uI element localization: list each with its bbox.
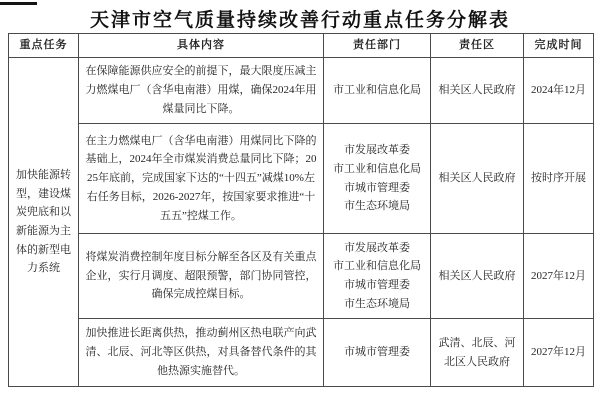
district-cell: 相关区人民政府 bbox=[431, 124, 524, 234]
table-header-row: 重点任务 具体内容 责任部门 责任区 完成时间 bbox=[9, 34, 594, 58]
department-line: 市城市管理委 bbox=[329, 179, 425, 198]
district-cell: 武清、北辰、河北区人民政府 bbox=[431, 319, 524, 387]
content-cell: 在保障能源供应安全的前提下，最大限度压减主力燃煤电厂（含华电南港）用煤，确保20… bbox=[79, 58, 324, 124]
department-cell: 市发展改革委 市工业和信息化局 市城市管理委 市生态环境局 bbox=[324, 124, 431, 234]
department-line: 市工业和信息化局 bbox=[329, 81, 425, 100]
content-cell: 在主力燃煤电厂（含华电南港）用煤同比下降的基础上，2024年全市煤炭消费总量同比… bbox=[79, 124, 324, 234]
department-line: 市城市管理委 bbox=[329, 343, 425, 362]
district-cell: 相关区人民政府 bbox=[431, 58, 524, 124]
department-line: 市生态环境局 bbox=[329, 295, 425, 314]
content-cell: 加快推进长距离供热，推动蓟州区热电联产向武清、北辰、河北等区供热，对具备替代条件… bbox=[79, 319, 324, 387]
content-cell: 将煤炭消费控制年度目标分解至各区及有关重点企业，实行月调度、超限预警，部门协同管… bbox=[79, 234, 324, 319]
department-cell: 市工业和信息化局 bbox=[324, 58, 431, 124]
deadline-cell: 2024年12月 bbox=[524, 58, 594, 124]
deadline-cell: 2027年12月 bbox=[524, 319, 594, 387]
department-line: 市发展改革委 bbox=[329, 239, 425, 258]
key-task-cell: 加快能源转型，建设煤炭兜底和以新能源为主体的新型电力系统 bbox=[9, 58, 79, 387]
task-breakdown-table: 重点任务 具体内容 责任部门 责任区 完成时间 加快能源转型，建设煤炭兜底和以新… bbox=[8, 33, 594, 387]
page: { "page": { "title": "天津市空气质量持续改善行动重点任务分… bbox=[0, 0, 600, 400]
table-row: 加快推进长距离供热，推动蓟州区热电联产向武清、北辰、河北等区供热，对具备替代条件… bbox=[9, 319, 594, 387]
department-line: 市城市管理委 bbox=[329, 276, 425, 295]
header-district: 责任区 bbox=[431, 34, 524, 58]
header-content: 具体内容 bbox=[79, 34, 324, 58]
table-row: 加快能源转型，建设煤炭兜底和以新能源为主体的新型电力系统 在保障能源供应安全的前… bbox=[9, 58, 594, 124]
department-line: 市工业和信息化局 bbox=[329, 160, 425, 179]
department-line: 市工业和信息化局 bbox=[329, 257, 425, 276]
header-department: 责任部门 bbox=[324, 34, 431, 58]
deadline-cell: 2027年12月 bbox=[524, 234, 594, 319]
department-cell: 市城市管理委 bbox=[324, 319, 431, 387]
department-cell: 市发展改革委 市工业和信息化局 市城市管理委 市生态环境局 bbox=[324, 234, 431, 319]
department-line: 市发展改革委 bbox=[329, 141, 425, 160]
table-row: 将煤炭消费控制年度目标分解至各区及有关重点企业，实行月调度、超限预警，部门协同管… bbox=[9, 234, 594, 319]
department-line: 市生态环境局 bbox=[329, 197, 425, 216]
deadline-cell: 按时序开展 bbox=[524, 124, 594, 234]
page-title: 天津市空气质量持续改善行动重点任务分解表 bbox=[0, 5, 600, 32]
header-deadline: 完成时间 bbox=[524, 34, 594, 58]
table-row: 在主力燃煤电厂（含华电南港）用煤同比下降的基础上，2024年全市煤炭消费总量同比… bbox=[9, 124, 594, 234]
header-key-task: 重点任务 bbox=[9, 34, 79, 58]
district-cell: 相关区人民政府 bbox=[431, 234, 524, 319]
